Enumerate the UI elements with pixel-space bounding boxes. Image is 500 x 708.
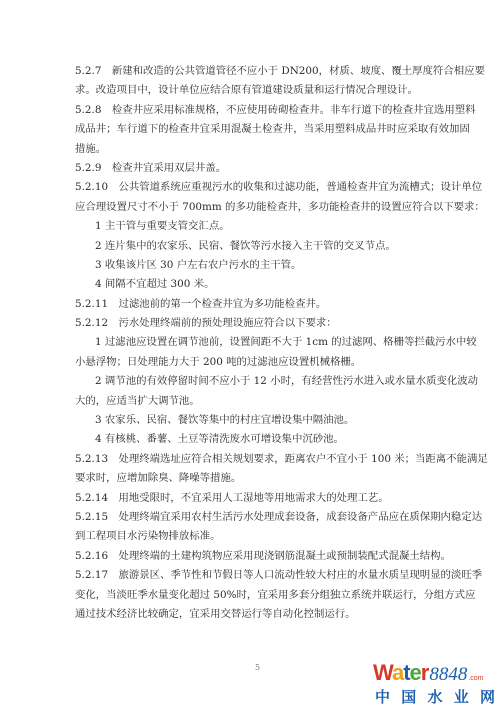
watermark-char: 水 [427, 686, 442, 707]
watermark-char: 中 [375, 686, 390, 707]
text-line: 1 主干管与重要支管交汇点。 [75, 217, 427, 236]
watermark-letter: e [410, 660, 421, 685]
watermark-char: 国 [401, 686, 416, 707]
text-line: 变化，当淡旺季水量变化超过 50%时，宜采用多套分组独立系统并联运行，分组方式应 [75, 586, 427, 605]
document-page: 5.2.7 新建和改造的公共管道管径不应小于 DN200，材质、坡度、覆土厚度符… [0, 0, 500, 708]
text-line: 小悬浮物；日处理能力大于 200 吨的过滤池应设置机械格栅。 [75, 353, 427, 372]
text-line: 3 农家乐、民宿、餐饮等集中的村庄宜增设集中隔油池。 [75, 411, 427, 430]
watermark-letter: W [373, 660, 392, 685]
text-line: 5.2.10 公共管道系统应重视污水的收集和过滤功能，普通检查井宜为流槽式；设计… [75, 178, 427, 197]
watermark-letter: r [421, 660, 429, 685]
text-line: 5.2.7 新建和改造的公共管道管径不应小于 DN200，材质、坡度、覆土厚度符… [75, 62, 427, 81]
page-number: 5 [255, 663, 260, 672]
watermark-chinese-name: 中国水业网 [375, 686, 495, 707]
watermark-char: 业 [454, 686, 469, 707]
text-line: 5.2.13 处理终端选址应符合相关规划要求，距离农户不宜小于 100 米；当距… [75, 450, 427, 469]
text-line: 通过技术经济比较确定，宜采用交替运行等自动化控制运行。 [75, 605, 427, 624]
document-body: 5.2.7 新建和改造的公共管道管径不应小于 DN200，材质、坡度、覆土厚度符… [75, 62, 427, 624]
text-line: 要求时，应增加除臭、降噪等措施。 [75, 469, 427, 488]
text-line: 4 有核桃、番薯、土豆等清洗废水可增设集中沉砂池。 [75, 430, 427, 449]
text-line: 3 收集该片区 30 户左右农户污水的主干管。 [75, 256, 427, 275]
text-line: 2 调节池的有效停留时间不应小于 12 小时，有经营性污水进入或水量水质变化波动 [75, 372, 427, 391]
text-line: 2 连片集中的农家乐、民宿、餐饮等污水接入主干管的交叉节点。 [75, 237, 427, 256]
text-line: 5.2.8 检查井应采用标准规格，不应使用砖砌检查井。非车行道下的检查井宜选用塑… [75, 101, 427, 120]
text-line: 措施。 [75, 140, 427, 159]
text-line: 1 过滤池应设置在调节池前，设置间距不大于 1cm 的过滤网、格栅等拦截污水中较 [75, 333, 427, 352]
watermark-logo: Water8848.com 中国水业网 [373, 660, 498, 706]
text-line: 5.2.15 处理终端宜采用农村生活污水处理成套设备，成套设备产品应在质保期内稳… [75, 508, 427, 527]
text-line: 应合理设置尺寸不小于 700mm 的多功能检查井，多功能检查井的设置应符合以下要… [75, 198, 427, 217]
text-line: 到工程项目水污染物排放标准。 [75, 527, 427, 546]
watermark-brand-suffix: .com [468, 675, 483, 682]
text-line: 大的，应适当扩大调节池。 [75, 392, 427, 411]
watermark-char: 网 [480, 686, 495, 707]
text-line: 成品井；车行道下的检查井宜采用混凝土检查井，当采用塑料成品井时应采取有效加固 [75, 120, 427, 139]
text-line: 5.2.17 旅游景区、季节性和节假日等人口流动性较大村庄的水量水质呈现明显的淡… [75, 566, 427, 585]
text-line: 5.2.9 检查井宜采用双层井盖。 [75, 159, 427, 178]
watermark-brand-number: 8848 [429, 664, 467, 685]
text-line: 5.2.11 过滤池前的第一个检查井宜为多功能检查井。 [75, 295, 427, 314]
text-line: 求。改造项目中，设计单位应结合原有管道建设质量和运行情况合理设计。 [75, 81, 427, 100]
text-line: 4 间隔不宜超过 300 米。 [75, 275, 427, 294]
text-line: 5.2.12 污水处理终端前的预处理设施应符合以下要求： [75, 314, 427, 333]
watermark-brand: Water8848.com [373, 660, 484, 684]
text-line: 5.2.14 用地受限时，不宜采用人工湿地等用地需求大的处理工艺。 [75, 489, 427, 508]
watermark-letter: a [392, 660, 403, 685]
watermark-brand-word: Water [373, 667, 428, 684]
text-line: 5.2.16 处理终端的土建构筑物应采用现浇钢筋混凝土或预制装配式混凝土结构。 [75, 547, 427, 566]
